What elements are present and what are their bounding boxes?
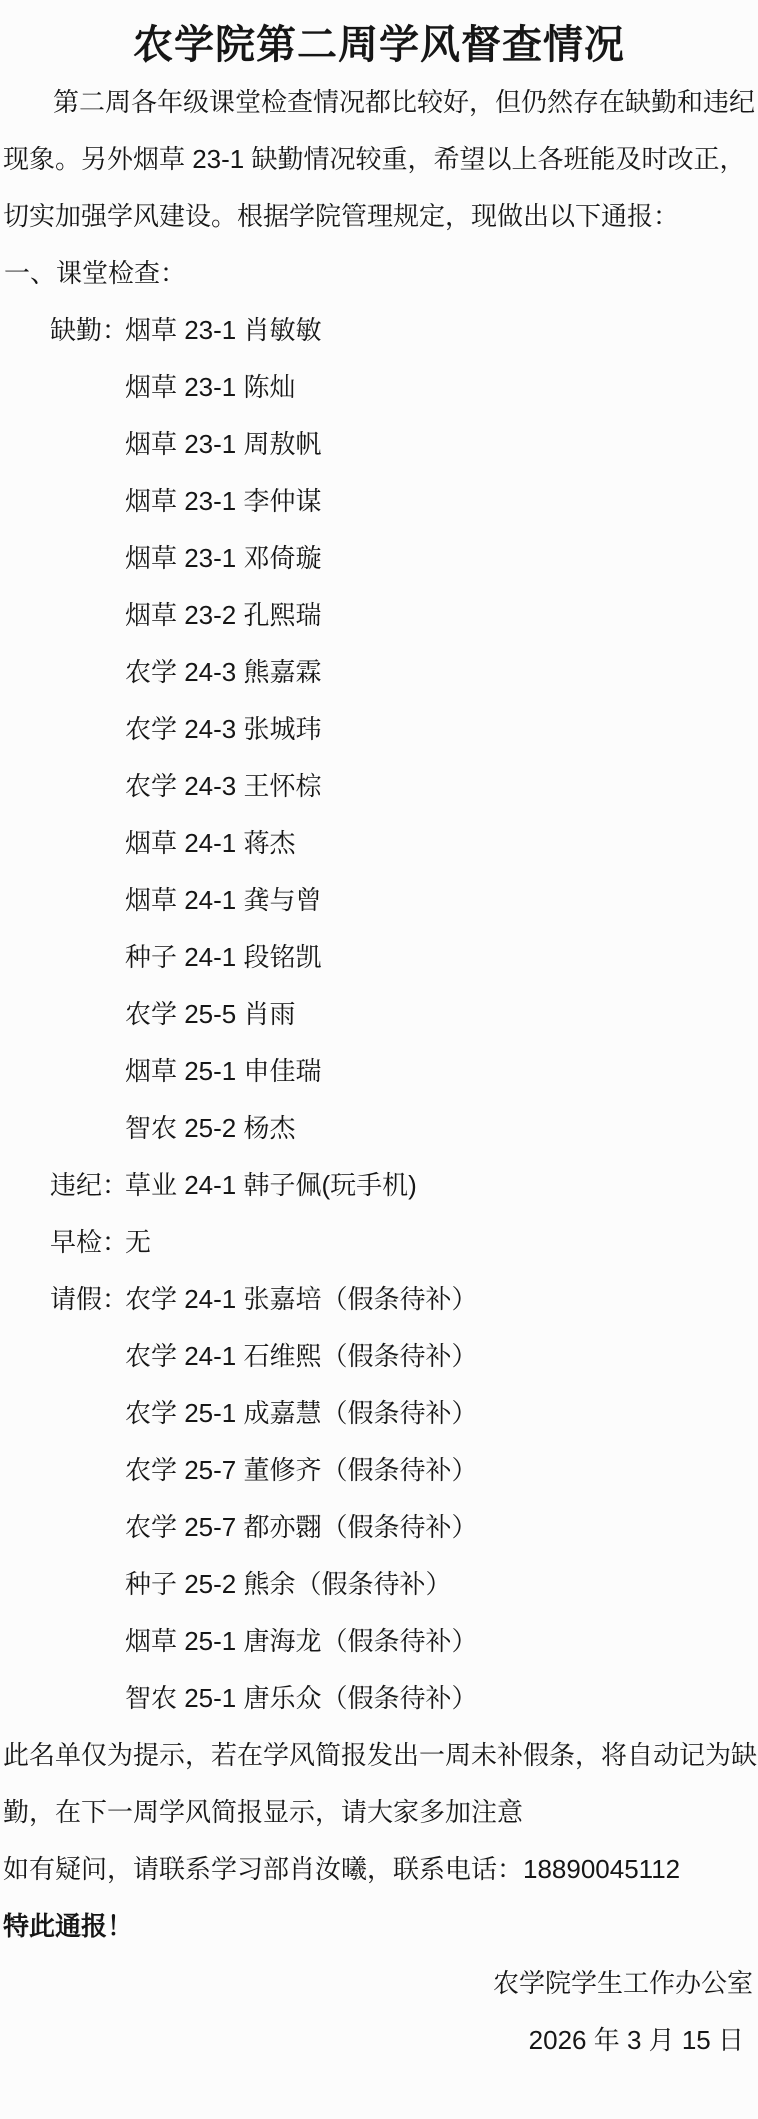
absent-entry: 烟草 23-1 李仲谋 <box>0 473 758 530</box>
absent-entry: 智农 25-2 杨杰 <box>0 1100 758 1157</box>
leave-entry: 农学 25-1 成嘉慧（假条待补） <box>0 1385 758 1442</box>
page-title: 农学院第二周学风督查情况 <box>0 0 758 74</box>
intro-line-3: 切实加强学风建设。根据学院管理规定，现做出以下通报： <box>0 188 758 245</box>
absent-entry: 烟草 23-1 肖敏敏 <box>125 315 322 345</box>
morning-check-row: 早检： 无 <box>0 1214 758 1271</box>
leave-entry: 种子 25-2 熊余（假条待补） <box>0 1556 758 1613</box>
leave-entry: 农学 24-1 石维熙（假条待补） <box>0 1328 758 1385</box>
violation-label: 违纪： <box>50 1157 128 1214</box>
leave-entry: 烟草 25-1 唐海龙（假条待补） <box>0 1613 758 1670</box>
leave-entry: 农学 24-1 张嘉培（假条待补） <box>125 1284 478 1314</box>
absent-entry: 烟草 24-1 龚与曾 <box>0 872 758 929</box>
absent-entry: 烟草 25-1 申佳瑞 <box>0 1043 758 1100</box>
closing-statement: 特此通报！ <box>0 1898 758 1955</box>
absent-entry: 农学 24-3 王怀棕 <box>0 758 758 815</box>
signature-office: 农学院学生工作办公室 <box>0 1955 758 2012</box>
absent-entry: 烟草 23-1 陈灿 <box>0 359 758 416</box>
leave-entry: 智农 25-1 唐乐众（假条待补） <box>0 1670 758 1727</box>
absent-entry: 烟草 23-1 邓倚璇 <box>0 530 758 587</box>
absent-entry: 烟草 23-2 孔熙瑞 <box>0 587 758 644</box>
notice-document: 农学院第二周学风督查情况 第二周各年级课堂检查情况都比较好，但仍然存在缺勤和违纪… <box>0 0 758 2119</box>
morning-check-label: 早检： <box>50 1214 128 1271</box>
section-heading-classroom-check: 一、课堂检查： <box>0 245 758 302</box>
leave-label: 请假： <box>50 1271 128 1328</box>
notice-date: 2026 年 3 月 15 日 <box>0 2012 758 2069</box>
absent-entry: 农学 24-3 熊嘉霖 <box>0 644 758 701</box>
morning-check-entry: 无 <box>125 1227 151 1257</box>
absent-entry: 烟草 23-1 周敖帆 <box>0 416 758 473</box>
absent-entry: 农学 24-3 张城玮 <box>0 701 758 758</box>
absent-entry: 烟草 24-1 蒋杰 <box>0 815 758 872</box>
intro-line-2: 现象。另外烟草 23-1 缺勤情况较重，希望以上各班能及时改正， <box>0 131 758 188</box>
absent-row: 缺勤： 烟草 23-1 肖敏敏 <box>0 302 758 359</box>
violation-row: 违纪： 草业 24-1 韩子佩(玩手机) <box>0 1157 758 1214</box>
note-line-1: 此名单仅为提示，若在学风简报发出一周未补假条，将自动记为缺 <box>0 1727 758 1784</box>
leave-row: 请假： 农学 24-1 张嘉培（假条待补） <box>0 1271 758 1328</box>
leave-entry: 农学 25-7 都亦翾（假条待补） <box>0 1499 758 1556</box>
absent-entry: 种子 24-1 段铭凯 <box>0 929 758 986</box>
absent-label: 缺勤： <box>50 302 128 359</box>
leave-entry: 农学 25-7 董修齐（假条待补） <box>0 1442 758 1499</box>
note-line-2: 勤，在下一周学风简报显示，请大家多加注意 <box>0 1784 758 1841</box>
absent-entry: 农学 25-5 肖雨 <box>0 986 758 1043</box>
violation-entry: 草业 24-1 韩子佩(玩手机) <box>125 1170 417 1200</box>
intro-line-1: 第二周各年级课堂检查情况都比较好，但仍然存在缺勤和违纪 <box>0 74 758 131</box>
contact-line: 如有疑问，请联系学习部肖汝曦，联系电话：18890045112 <box>0 1841 758 1898</box>
